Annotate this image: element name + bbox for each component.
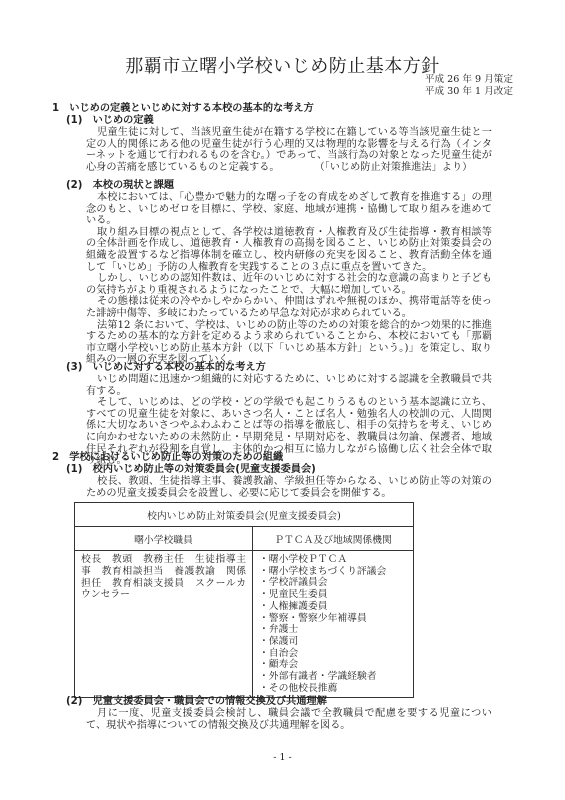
community-members: ・曙小学校ＰＴＣＡ ・曙小学校まちづくり評議会 ・学校評議員会 ・児童民生委員 … bbox=[253, 551, 414, 698]
list-item: ・弁護士 bbox=[259, 624, 407, 636]
section-2-2: (2) 児童支援委員会・職員会での情報交換及び共通理解 月に一度、児童支援委員会… bbox=[52, 696, 492, 731]
list-item: ・曙小学校まちづくり評議会 bbox=[259, 566, 407, 578]
section-2-1-body: 校長、教頭、生徒指導主事、養護教諭、学級担任等からなる、いじめ防止等の対策のため… bbox=[52, 476, 492, 499]
paragraph: 法第12 条において、学校は、いじめの防止等のための対策を総合的かつ効果的に推進… bbox=[52, 320, 492, 366]
column-header-ptca: ＰＴＣＡ及び地域関係機関 bbox=[253, 527, 414, 551]
definition-citation: （「いじめ防止対策推進法」より） bbox=[280, 162, 473, 173]
established-date: 平成 26 年 9 月策定 bbox=[425, 74, 513, 86]
list-item: ・人権擁護委員 bbox=[259, 601, 407, 613]
list-item: ・警察・警察少年補導員 bbox=[259, 613, 407, 625]
paragraph: しかし、いじめの認知件数は、近年のいじめに対する社会的な意識の高まりと子どもの気… bbox=[52, 273, 492, 296]
revision-dates: 平成 26 年 9 月策定 平成 30 年 1 月改定 bbox=[425, 74, 513, 98]
section-2-1-heading: (1) 校内いじめ防止等の対策委員会(児童支援委員会) bbox=[52, 464, 492, 476]
section-1: 1 いじめの定義といじめに対する本校の基本的な考え方 (1) いじめの定義 児童… bbox=[52, 103, 492, 173]
paragraph: 取り組み目標の視点として、各学校は道徳教育・人権教育及び生徒指導・教育相談等の全… bbox=[52, 227, 492, 273]
section-1-2-heading: (2) 本校の現状と課題 bbox=[52, 180, 492, 192]
section-1-3-heading: (3) いじめに対する本校の基本的な考え方 bbox=[52, 362, 492, 374]
section-2-heading: 2 学校におけるいじめ防止等の対策のための組織 bbox=[52, 452, 492, 464]
list-item: ・曙小学校ＰＴＣＡ bbox=[259, 554, 407, 566]
paragraph: その態様は従来の冷やかしやからかい、仲間はずれや無視のほか、携帯電話等を使った誹… bbox=[52, 296, 492, 319]
table-title: 校内いじめ防止対策委員会(児童支援委員会) bbox=[75, 503, 414, 527]
list-item: ・顧寿会 bbox=[259, 659, 407, 671]
revised-date: 平成 30 年 1 月改定 bbox=[425, 86, 513, 98]
list-item: ・学校評議員会 bbox=[259, 577, 407, 589]
section-2: 2 学校におけるいじめ防止等の対策のための組織 (1) 校内いじめ防止等の対策委… bbox=[52, 452, 492, 499]
section-1-1-heading: (1) いじめの定義 bbox=[52, 115, 492, 127]
page-number: - 1 - bbox=[0, 752, 565, 763]
list-item: ・保護司 bbox=[259, 636, 407, 648]
section-1-2: (2) 本校の現状と課題 本校においては、「心豊かで魅力的な曙っ子をの育成をめざ… bbox=[52, 180, 492, 366]
paragraph: 本校においては、「心豊かで魅力的な曙っ子をの育成をめざして教育を推進する」の理念… bbox=[52, 192, 492, 227]
staff-members: 校長 教頭 教務主任 生徒指導主事 教育相談担当 養護教諭 関係担任 教育相談支… bbox=[75, 551, 253, 698]
list-item: ・外部有識者・学識経験者 bbox=[259, 671, 407, 683]
section-2-2-body: 月に一度、児童支援委員会検討し、職員会議で全教職員で配慮を要する児童について、現… bbox=[52, 708, 492, 731]
list-item: ・児童民生委員 bbox=[259, 589, 407, 601]
paragraph: いじめ問題に迅速かつ組織的に対応するために、いじめに対する認識を全教職員で共有す… bbox=[52, 374, 492, 397]
section-1-1-body: 児童生徒に対して、当該児童生徒が在籍する学校に在籍している等当該児童生徒と一定の… bbox=[52, 127, 492, 173]
section-1-heading: 1 いじめの定義といじめに対する本校の基本的な考え方 bbox=[52, 103, 492, 115]
list-item: ・自治会 bbox=[259, 648, 407, 660]
section-2-2-heading: (2) 児童支援委員会・職員会での情報交換及び共通理解 bbox=[52, 696, 492, 708]
column-header-staff: 曙小学校職員 bbox=[75, 527, 253, 551]
committee-table: 校内いじめ防止対策委員会(児童支援委員会) 曙小学校職員 ＰＴＣＡ及び地域関係機… bbox=[74, 502, 414, 698]
list-item: ・その他校長推薦 bbox=[259, 683, 407, 695]
